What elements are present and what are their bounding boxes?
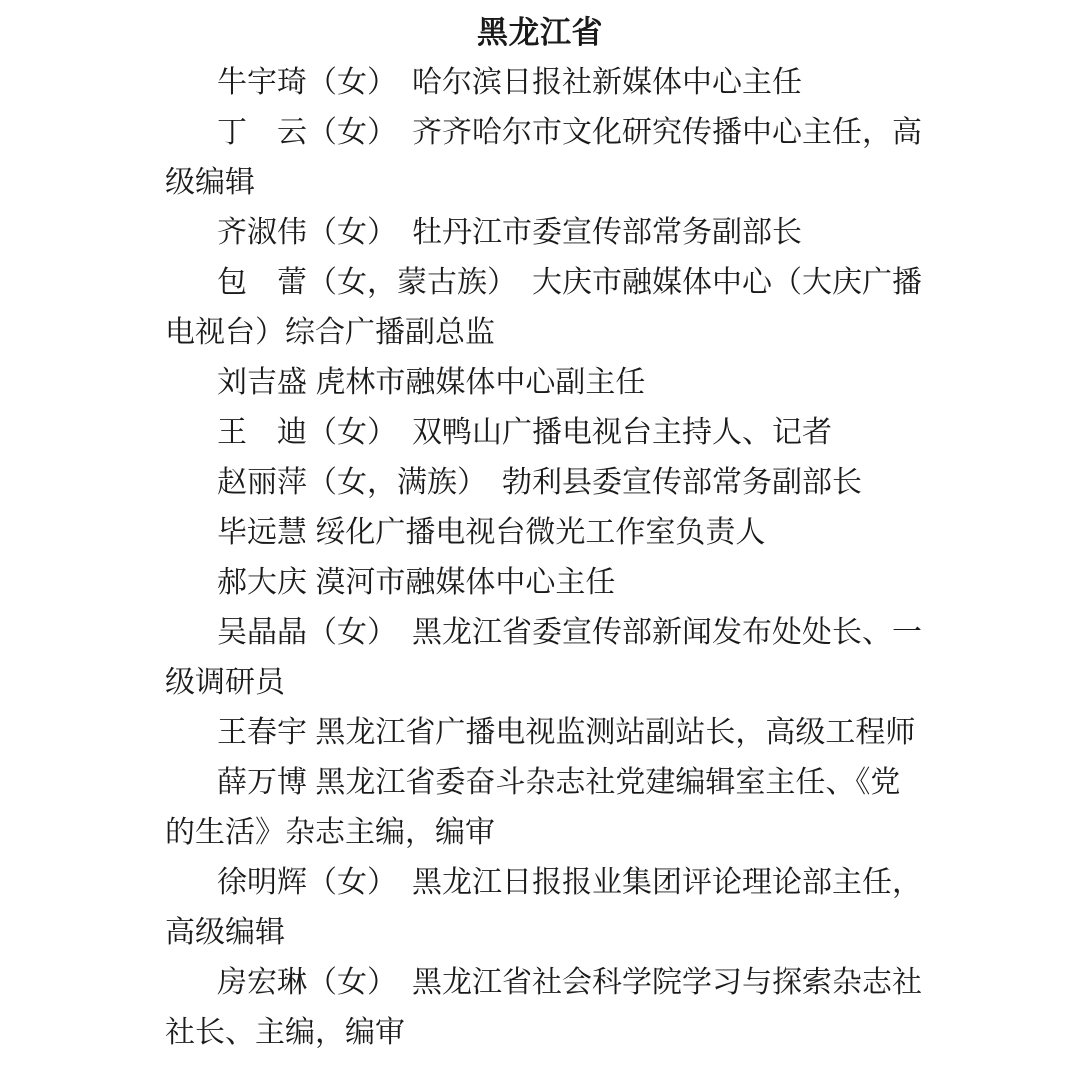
entry-list: 牛宇琦（女） 哈尔滨日报社新媒体中心主任 丁 云（女） 齐齐哈尔市文化研究传播中… xyxy=(0,58,1080,1058)
entry: 吴晶晶（女） 黑龙江省委宣传部新闻发布处处长、一 级调研员 xyxy=(165,608,940,708)
entry: 刘吉盛 虎林市融媒体中心副主任 xyxy=(165,358,940,408)
entry: 赵丽萍（女，满族） 勃利县委宣传部常务副部长 xyxy=(165,458,940,508)
entry: 丁 云（女） 齐齐哈尔市文化研究传播中心主任，高 级编辑 xyxy=(165,108,940,208)
entry-line: 王 迪（女） 双鸭山广播电视台主持人、记者 xyxy=(165,408,940,458)
entry-line: 丁 云（女） 齐齐哈尔市文化研究传播中心主任，高 xyxy=(165,108,940,158)
entry-line: 包 蕾（女，蒙古族） 大庆市融媒体中心（大庆广播 xyxy=(165,258,940,308)
entry-line: 吴晶晶（女） 黑龙江省委宣传部新闻发布处处长、一 xyxy=(165,608,940,658)
entry: 毕远慧 绥化广播电视台微光工作室负责人 xyxy=(165,508,940,558)
entry-line: 牛宇琦（女） 哈尔滨日报社新媒体中心主任 xyxy=(165,58,940,108)
entry-line: 级编辑 xyxy=(165,158,940,208)
entry-line: 电视台）综合广播副总监 xyxy=(165,308,940,358)
entry-line: 薛万博 黑龙江省委奋斗杂志社党建编辑室主任、《党 xyxy=(165,758,940,808)
entry-line: 级调研员 xyxy=(165,658,940,708)
entry: 郝大庆 漠河市融媒体中心主任 xyxy=(165,558,940,608)
entry: 房宏琳（女） 黑龙江省社会科学院学习与探索杂志社 社长、主编，编审 xyxy=(165,958,940,1058)
entry-line: 的生活》杂志主编，编审 xyxy=(165,808,940,858)
document-page: 黑龙江省 牛宇琦（女） 哈尔滨日报社新媒体中心主任 丁 云（女） 齐齐哈尔市文化… xyxy=(0,0,1080,1083)
entry-line: 社长、主编，编审 xyxy=(165,1008,940,1058)
section-title: 黑龙江省 xyxy=(0,8,1080,58)
entry-line: 房宏琳（女） 黑龙江省社会科学院学习与探索杂志社 xyxy=(165,958,940,1008)
entry-line: 毕远慧 绥化广播电视台微光工作室负责人 xyxy=(165,508,940,558)
entry: 齐淑伟（女） 牡丹江市委宣传部常务副部长 xyxy=(165,208,940,258)
entry: 牛宇琦（女） 哈尔滨日报社新媒体中心主任 xyxy=(165,58,940,108)
entry: 薛万博 黑龙江省委奋斗杂志社党建编辑室主任、《党 的生活》杂志主编，编审 xyxy=(165,758,940,858)
entry: 王 迪（女） 双鸭山广播电视台主持人、记者 xyxy=(165,408,940,458)
entry-line: 高级编辑 xyxy=(165,908,940,958)
entry-line: 赵丽萍（女，满族） 勃利县委宣传部常务副部长 xyxy=(165,458,940,508)
entry-line: 刘吉盛 虎林市融媒体中心副主任 xyxy=(165,358,940,408)
entry-line: 齐淑伟（女） 牡丹江市委宣传部常务副部长 xyxy=(165,208,940,258)
entry: 徐明辉（女） 黑龙江日报报业集团评论理论部主任， 高级编辑 xyxy=(165,858,940,958)
entry-line: 徐明辉（女） 黑龙江日报报业集团评论理论部主任， xyxy=(165,858,940,908)
entry: 包 蕾（女，蒙古族） 大庆市融媒体中心（大庆广播 电视台）综合广播副总监 xyxy=(165,258,940,358)
entry-line: 王春宇 黑龙江省广播电视监测站副站长，高级工程师 xyxy=(165,708,940,758)
entry: 王春宇 黑龙江省广播电视监测站副站长，高级工程师 xyxy=(165,708,940,758)
entry-line: 郝大庆 漠河市融媒体中心主任 xyxy=(165,558,940,608)
